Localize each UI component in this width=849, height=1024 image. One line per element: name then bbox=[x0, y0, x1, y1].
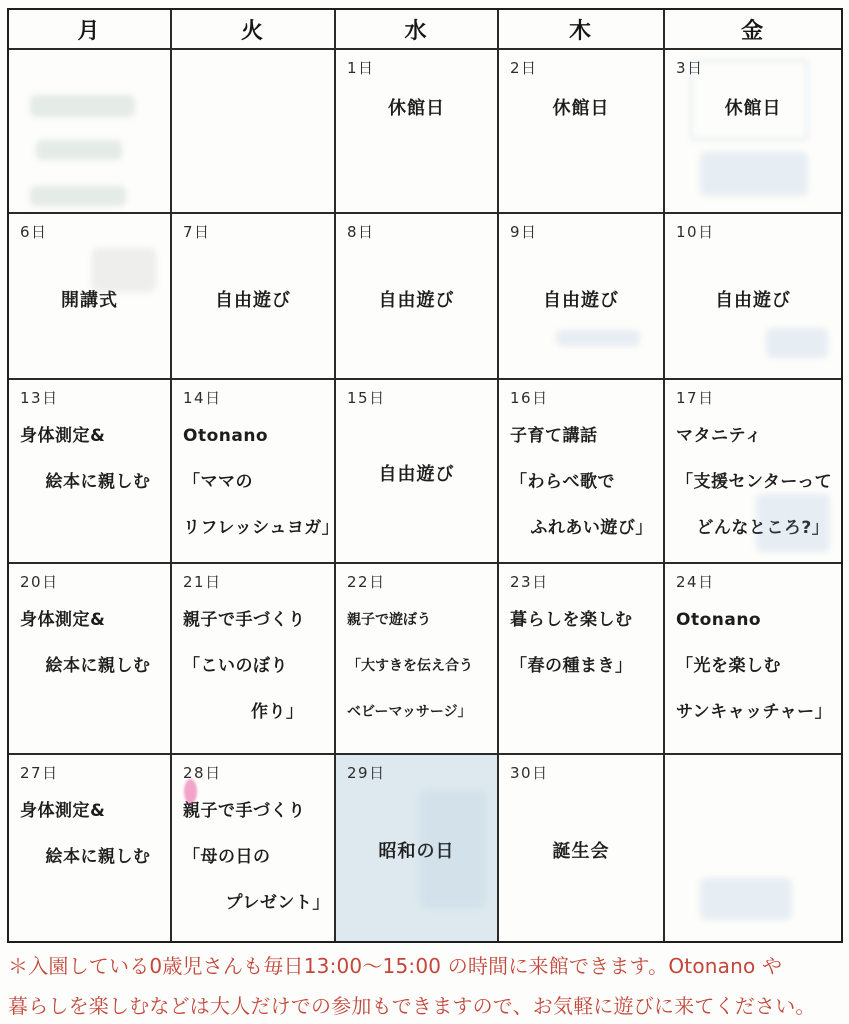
day-number: 10日 bbox=[676, 221, 832, 242]
event-label: 開講式 bbox=[9, 286, 170, 312]
day-number: 28日 bbox=[183, 762, 325, 783]
calendar-cell-24日: 24日Otonano「光を楽しむサンキャッチャー」 bbox=[665, 564, 841, 755]
event-line: 身体測定& bbox=[20, 422, 161, 451]
event-lines: 身体測定&絵本に親しむ bbox=[20, 797, 161, 872]
event-lines: Otonano「ママのリフレッシュヨガ」 bbox=[183, 422, 325, 543]
event-label: 自由遊び bbox=[336, 460, 497, 486]
calendar-cell-9日: 9日自由遊び bbox=[499, 214, 665, 380]
day-number: 22日 bbox=[347, 571, 488, 592]
event-line: サンキャッチャー」 bbox=[676, 698, 832, 727]
event-lines: 親子で手づくり「こいのぼり作り」 bbox=[183, 606, 325, 727]
day-number: 29日 bbox=[347, 762, 488, 783]
calendar-cell-28日: 28日親子で手づくり「母の日のプレゼント」 bbox=[172, 755, 336, 941]
calendar-cell-8日: 8日自由遊び bbox=[336, 214, 499, 380]
event-line: ふれあい遊び」 bbox=[510, 514, 654, 543]
event-label: 昭和の日 bbox=[336, 837, 497, 863]
event-lines: マタニティ「支援センターってどんなところ?」 bbox=[676, 422, 832, 543]
day-number: 3日 bbox=[676, 57, 832, 78]
event-line: 親子で手づくり bbox=[183, 606, 325, 635]
day-number: 7日 bbox=[183, 221, 325, 242]
event-label: 休館日 bbox=[336, 94, 497, 120]
day-number: 27日 bbox=[20, 762, 161, 783]
event-line: 「春の種まき」 bbox=[510, 652, 654, 681]
footnote-line-2: 暮らしを楽しむなどは大人だけでの参加もできますので、お気軽に遊びに来てください。 bbox=[8, 986, 846, 1024]
event-line: Otonano bbox=[676, 606, 832, 635]
event-line: 「支援センターって bbox=[676, 468, 832, 497]
calendar-cell-22日: 22日親子で遊ぼう「大すきを伝え合うベビーマッサージ」 bbox=[336, 564, 499, 755]
monthly-schedule-calendar: 月火水木金1日休館日2日休館日3日休館日6日開講式7日自由遊び8日自由遊び9日自… bbox=[7, 8, 843, 943]
day-number: 1日 bbox=[347, 57, 488, 78]
calendar-cell-21日: 21日親子で手づくり「こいのぼり作り」 bbox=[172, 564, 336, 755]
day-number: 15日 bbox=[347, 387, 488, 408]
day-number: 21日 bbox=[183, 571, 325, 592]
event-line: 「ママの bbox=[183, 468, 325, 497]
calendar-cell-empty bbox=[665, 755, 841, 941]
calendar-cell-3日: 3日休館日 bbox=[665, 50, 841, 214]
calendar-cell-14日: 14日Otonano「ママのリフレッシュヨガ」 bbox=[172, 380, 336, 564]
event-line: リフレッシュヨガ」 bbox=[183, 514, 325, 543]
day-number: 2日 bbox=[510, 57, 654, 78]
calendar-cell-6日: 6日開講式 bbox=[9, 214, 172, 380]
event-line: どんなところ?」 bbox=[676, 514, 832, 543]
event-lines: 親子で遊ぼう「大すきを伝え合うベビーマッサージ」 bbox=[347, 606, 488, 727]
weekday-header-5: 金 bbox=[665, 10, 841, 50]
event-line: 「わらべ歌で bbox=[510, 468, 654, 497]
event-lines: 親子で手づくり「母の日のプレゼント」 bbox=[183, 797, 325, 918]
event-lines: Otonano「光を楽しむサンキャッチャー」 bbox=[676, 606, 832, 727]
day-number: 23日 bbox=[510, 571, 654, 592]
event-line: プレゼント」 bbox=[183, 889, 325, 918]
day-number: 30日 bbox=[510, 762, 654, 783]
event-line: 身体測定& bbox=[20, 606, 161, 635]
calendar-cell-27日: 27日身体測定&絵本に親しむ bbox=[9, 755, 172, 941]
calendar-cell-empty bbox=[9, 50, 172, 214]
event-lines: 子育て講話「わらべ歌でふれあい遊び」 bbox=[510, 422, 654, 543]
event-line: マタニティ bbox=[676, 422, 832, 451]
event-line: ベビーマッサージ」 bbox=[347, 698, 488, 727]
event-label: 休館日 bbox=[665, 94, 841, 120]
footnote-note: ＊入園している0歳児さんも毎日13:00～15:00 の時間に来館できます。Ot… bbox=[8, 946, 846, 1024]
footnote-line-1: ＊入園している0歳児さんも毎日13:00～15:00 の時間に来館できます。Ot… bbox=[8, 946, 846, 986]
event-label: 自由遊び bbox=[665, 286, 841, 312]
day-number: 13日 bbox=[20, 387, 161, 408]
day-number: 14日 bbox=[183, 387, 325, 408]
day-number: 9日 bbox=[510, 221, 654, 242]
event-line: 親子で手づくり bbox=[183, 797, 325, 826]
event-line: 絵本に親しむ bbox=[20, 468, 161, 497]
event-lines: 身体測定&絵本に親しむ bbox=[20, 422, 161, 497]
weekday-header-2: 火 bbox=[172, 10, 336, 50]
event-label: 自由遊び bbox=[172, 286, 334, 312]
calendar-cell-1日: 1日休館日 bbox=[336, 50, 499, 214]
calendar-cell-7日: 7日自由遊び bbox=[172, 214, 336, 380]
calendar-cell-23日: 23日暮らしを楽しむ「春の種まき」 bbox=[499, 564, 665, 755]
day-number: 6日 bbox=[20, 221, 161, 242]
event-line: 暮らしを楽しむ bbox=[510, 606, 654, 635]
event-label: 自由遊び bbox=[336, 286, 497, 312]
event-line: 絵本に親しむ bbox=[20, 652, 161, 681]
event-line: 親子で遊ぼう bbox=[347, 606, 488, 635]
calendar-cell-29日: 29日昭和の日 bbox=[336, 755, 499, 941]
day-number: 17日 bbox=[676, 387, 832, 408]
event-line: 「母の日の bbox=[183, 843, 325, 872]
event-label: 自由遊び bbox=[499, 286, 663, 312]
event-line: 身体測定& bbox=[20, 797, 161, 826]
event-label: 誕生会 bbox=[499, 837, 663, 863]
weekday-header-1: 月 bbox=[9, 10, 172, 50]
event-line: 絵本に親しむ bbox=[20, 843, 161, 872]
weekday-header-4: 木 bbox=[499, 10, 665, 50]
calendar-cell-20日: 20日身体測定&絵本に親しむ bbox=[9, 564, 172, 755]
event-lines: 暮らしを楽しむ「春の種まき」 bbox=[510, 606, 654, 681]
event-line: Otonano bbox=[183, 422, 325, 451]
event-line: 「大すきを伝え合う bbox=[347, 652, 488, 681]
calendar-cell-30日: 30日誕生会 bbox=[499, 755, 665, 941]
day-number: 8日 bbox=[347, 221, 488, 242]
calendar-cell-17日: 17日マタニティ「支援センターってどんなところ?」 bbox=[665, 380, 841, 564]
calendar-cell-10日: 10日自由遊び bbox=[665, 214, 841, 380]
day-number: 20日 bbox=[20, 571, 161, 592]
calendar-cell-13日: 13日身体測定&絵本に親しむ bbox=[9, 380, 172, 564]
weekday-header-3: 水 bbox=[336, 10, 499, 50]
event-line: 作り」 bbox=[183, 698, 325, 727]
event-line: 「こいのぼり bbox=[183, 652, 325, 681]
event-lines: 身体測定&絵本に親しむ bbox=[20, 606, 161, 681]
event-line: 「光を楽しむ bbox=[676, 652, 832, 681]
calendar-cell-2日: 2日休館日 bbox=[499, 50, 665, 214]
day-number: 24日 bbox=[676, 571, 832, 592]
event-label: 休館日 bbox=[499, 94, 663, 120]
calendar-cell-empty bbox=[172, 50, 336, 214]
calendar-cell-15日: 15日自由遊び bbox=[336, 380, 499, 564]
day-number: 16日 bbox=[510, 387, 654, 408]
event-line: 子育て講話 bbox=[510, 422, 654, 451]
calendar-cell-16日: 16日子育て講話「わらべ歌でふれあい遊び」 bbox=[499, 380, 665, 564]
